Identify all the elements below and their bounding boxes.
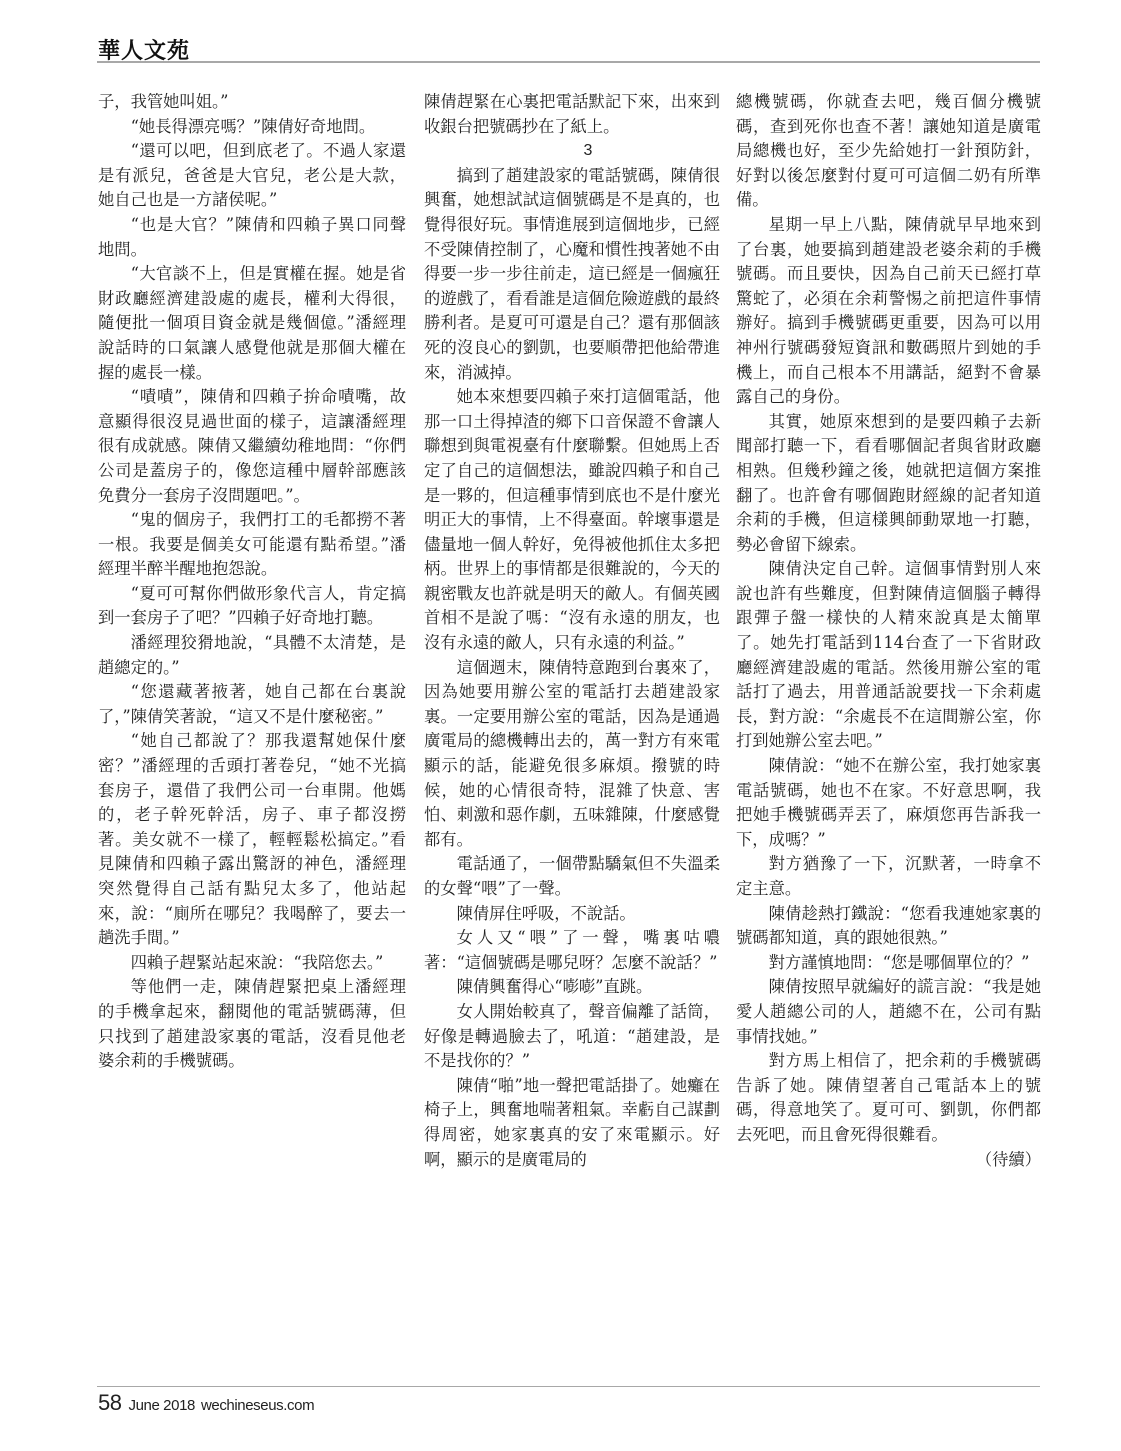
page-footer: 58June 2018wechineseus.com (98, 1390, 314, 1416)
paragraph: 這個週末，陳倩特意跑到台裏來了，因為她要用辦公室的電話打去趙建設家裏。一定要用辦… (424, 656, 720, 853)
paragraph: 子，我管她叫姐。” (98, 90, 406, 115)
to-be-continued-note: （待續） (943, 1148, 1041, 1173)
page-number: 58 (98, 1390, 121, 1415)
issue-date: June 2018 (128, 1397, 194, 1414)
paragraph: 女人又“喂”了一聲，嘴裏咕噥著：“這個號碼是哪兒呀？怎麼不說話？” (424, 926, 720, 975)
paragraph: 陳倩按照早就編好的謊言說：“我是她愛人趙總公司的人，趙總不在，公司有點事情找她。… (736, 975, 1041, 1049)
paragraph: “夏可可幫你們做形象代言人，肯定搞到一套房子了吧？”四賴子好奇地打聽。 (98, 582, 406, 631)
header-divider (97, 61, 1040, 63)
paragraph: 陳倩屏住呼吸，不說話。 (424, 902, 720, 927)
text-column-middle: 陳倩趕緊在心裏把電話默記下來，出來到收銀台把號碼抄在了紙上。 3 搞到了趙建設家… (424, 90, 720, 1370)
paragraph: “還可以吧，但到底老了。不過人家還是有派兒，爸爸是大官兒，老公是大款，她自己也是… (98, 139, 406, 213)
paragraph: 總機號碼，你就查去吧，幾百個分機號碼，查到死你也查不著！讓她知道是廣電局總機也好… (736, 90, 1041, 213)
paragraph: “她長得漂亮嗎？”陳倩好奇地問。 (98, 115, 406, 140)
paragraph: “嘖嘖”，陳倩和四賴子拚命嘖嘴，故意顯得很沒見過世面的樣子，這讓潘經理很有成就感… (98, 385, 406, 508)
text-column-left: 子，我管她叫姐。” “她長得漂亮嗎？”陳倩好奇地問。 “還可以吧，但到底老了。不… (98, 90, 406, 1370)
paragraph: 女人開始較真了，聲音偏離了話筒，好像是轉過臉去了，吼道：“趙建設，是不是找你的？… (424, 1000, 720, 1074)
text-column-right: 總機號碼，你就查去吧，幾百個分機號碼，查到死你也查不著！讓她知道是廣電局總機也好… (736, 90, 1041, 1370)
paragraph: 對方猶豫了一下，沉默著，一時拿不定主意。 (736, 852, 1041, 901)
website-link[interactable]: wechineseus.com (201, 1397, 314, 1414)
paragraph: 四賴子趕緊站起來說：“我陪您去。” (98, 951, 406, 976)
paragraph: 陳倩“啪”地一聲把電話掛了。她癱在椅子上，興奮地喘著粗氣。幸虧自己謀劃得周密，她… (424, 1074, 720, 1172)
paragraph: 等他們一走，陳倩趕緊把桌上潘經理的手機拿起來，翻閱他的電話號碼薄，但只找到了趙建… (98, 975, 406, 1073)
paragraph: “大官談不上，但是實權在握。她是省財政廳經濟建設處的處長，權利大得很，隨便批一個… (98, 262, 406, 385)
paragraph: 陳倩趁熱打鐵說：“您看我連她家裏的號碼都知道，真的跟她很熟。” (736, 902, 1041, 951)
paragraph-text: 對方馬上相信了，把余莉的手機號碼告訴了她。陳倩望著自己電話本上的號碼，得意地笑了… (736, 1051, 1041, 1144)
paragraph-final: 對方馬上相信了，把余莉的手機號碼告訴了她。陳倩望著自己電話本上的號碼，得意地笑了… (736, 1049, 1041, 1147)
paragraph: “她自己都說了？那我還幫她保什麼密？”潘經理的舌頭打著卷兒，“她不光搞套房子，還… (98, 729, 406, 950)
paragraph: 潘經理狡猾地說，“具體不太清楚，是趙總定的。” (98, 631, 406, 680)
paragraph: 陳倩趕緊在心裏把電話默記下來，出來到收銀台把號碼抄在了紙上。 (424, 90, 720, 139)
footer-divider (97, 1386, 1040, 1387)
paragraph: “鬼的個房子，我們打工的毛都撈不著一根。我要是個美女可能還有點希望。”潘經理半醉… (98, 508, 406, 582)
paragraph: “也是大官？”陳倩和四賴子異口同聲地問。 (98, 213, 406, 262)
paragraph: 她本來想要四賴子來打這個電話，他那一口土得掉渣的鄉下口音保證不會讓人聯想到與電視… (424, 385, 720, 656)
paragraph: 陳倩說：“她不在辦公室，我打她家裏電話號碼，她也不在家。不好意思啊，我把她手機號… (736, 754, 1041, 852)
paragraph: 電話通了，一個帶點驕氣但不失溫柔的女聲“喂”了一聲。 (424, 852, 720, 901)
section-number: 3 (424, 139, 720, 164)
paragraph: 陳倩決定自己幹。這個事情對別人來說也許有些難度，但對陳倩這個腦子轉得跟彈子盤一樣… (736, 557, 1041, 754)
paragraph: 對方謹慎地問：“您是哪個單位的？” (736, 951, 1041, 976)
paragraph: 星期一早上八點，陳倩就早早地來到了台裏，她要搞到趙建設老婆余莉的手機號碼。而且要… (736, 213, 1041, 410)
paragraph: 其實，她原來想到的是要四賴子去新聞部打聽一下，看看哪個記者與省財政廳相熟。但幾秒… (736, 410, 1041, 558)
paragraph: 陳倩興奮得心“嘭嘭”直跳。 (424, 975, 720, 1000)
paragraph: “您還藏著掖著，她自己都在台裏說了，”陳倩笑著說，“這又不是什麼秘密。” (98, 680, 406, 729)
paragraph: 搞到了趙建設家的電話號碼，陳倩很興奮，她想試試這個號碼是不是真的，也覺得很好玩。… (424, 164, 720, 385)
